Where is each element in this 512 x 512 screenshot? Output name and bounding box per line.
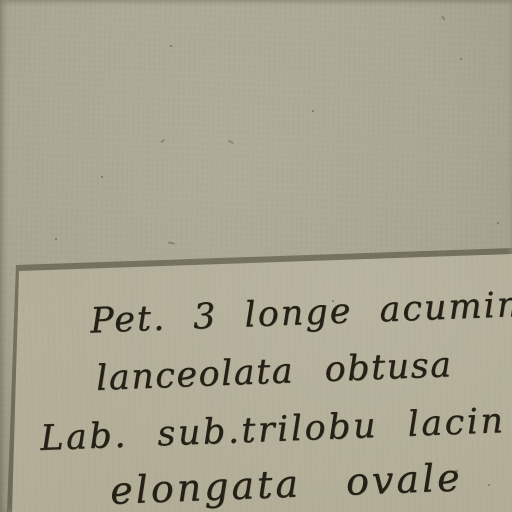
paper-speck [101,176,103,178]
handwriting-line-4: elongata ovale [109,455,463,512]
paper-speck [332,300,334,302]
paper-speck [312,110,314,112]
handwriting-line-2: lanceolata obtusa [95,345,453,399]
paper-speck [488,484,490,486]
paper-speck [497,222,499,224]
paper-speck [55,238,57,240]
manuscript-photo: Pet. 3 longe acuminata lanceolata obtusa… [0,0,512,512]
handwriting-line-3: Lab. sub.trilobu lacin [39,401,506,459]
handwriting-line-1: Pet. 3 longe acuminata [89,283,512,342]
paper-speck [460,58,462,60]
paper-speck [170,45,172,47]
paper-speck [455,470,458,472]
